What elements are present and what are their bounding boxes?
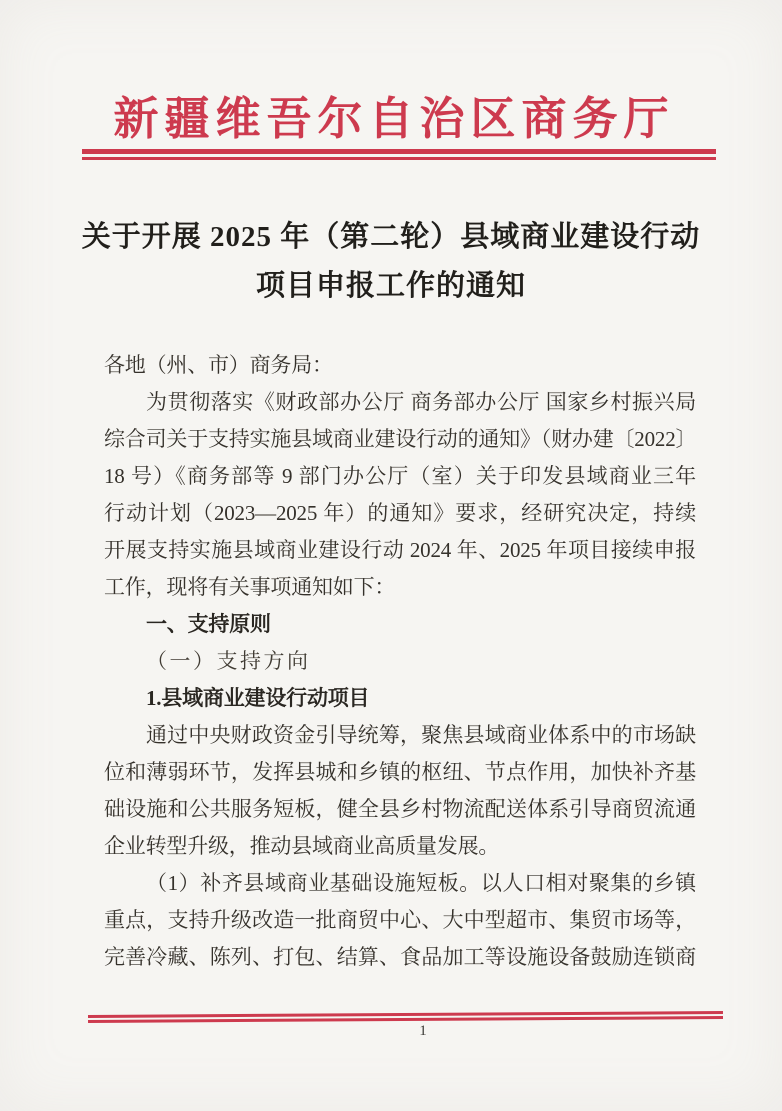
body-text-line: 为贯彻落实《财政部办公厅 商务部办公厅 国家乡村振兴局 [104, 384, 696, 421]
document-page: 新疆维吾尔自治区商务厅 关于开展 2025 年（第二轮）县域商业建设行动 项目申… [0, 0, 782, 1111]
divider-thin-line [82, 157, 716, 160]
body-text-line: 企业转型升级，推动县域商业高质量发展。 [104, 828, 696, 865]
body-text-line: 18 号）《商务部等 9 部门办公厅（室）关于印发县域商业三年 [104, 458, 696, 495]
body-text-line: 行动计划（2023—2025 年）的通知》要求，经研究决定，持续 [104, 495, 696, 532]
body-text-line: 开展支持实施县域商业建设行动 2024 年、2025 年项目接续申报 [104, 532, 696, 569]
body-text-line: 综合司关于支持实施县域商业建设行动的通知》（财办建〔2022〕 [104, 421, 696, 458]
document-body: 各地（州、市）商务局：为贯彻落实《财政部办公厅 商务部办公厅 国家乡村振兴局综合… [104, 347, 696, 976]
body-text-line: 位和薄弱环节，发挥县城和乡镇的枢纽、节点作用，加快补齐基 [104, 754, 696, 791]
body-text-line: 础设施和公共服务短板，健全县乡村物流配送体系引导商贸流通 [104, 791, 696, 828]
document-title-line1: 关于开展 2025 年（第二轮）县域商业建设行动 [82, 221, 701, 253]
body-text-line: 各地（州、市）商务局： [104, 347, 696, 384]
body-text-line: 重点，支持升级改造一批商贸中心、大中型超市、集贸市场等， [104, 902, 696, 939]
footer-divider [88, 1011, 723, 1022]
body-text-line: 一、支持原则 [104, 606, 696, 643]
document-title-line2: 项目申报工作的通知 [256, 270, 526, 302]
letterhead-divider [82, 149, 716, 160]
body-text-line: 工作，现将有关事项通知如下： [104, 569, 696, 606]
body-text-line: （一）支持方向 [104, 643, 696, 680]
body-text-line: 通过中央财政资金引导统筹，聚焦县域商业体系中的市场缺 [104, 717, 696, 754]
body-text-line: 1.县域商业建设行动项目 [104, 680, 696, 717]
letterhead-agency-name: 新疆维吾尔自治区商务厅 [0, 82, 782, 147]
body-text-line: （1）补齐县域商业基础设施短板。以人口相对聚集的乡镇为 [104, 865, 696, 902]
body-text-line: 完善冷藏、陈列、打包、结算、食品加工等设施设备鼓励连锁商 [104, 939, 696, 976]
page-number: 1 [0, 1023, 782, 1040]
document-title: 关于开展 2025 年（第二轮）县域商业建设行动 项目申报工作的通知 [0, 213, 782, 311]
